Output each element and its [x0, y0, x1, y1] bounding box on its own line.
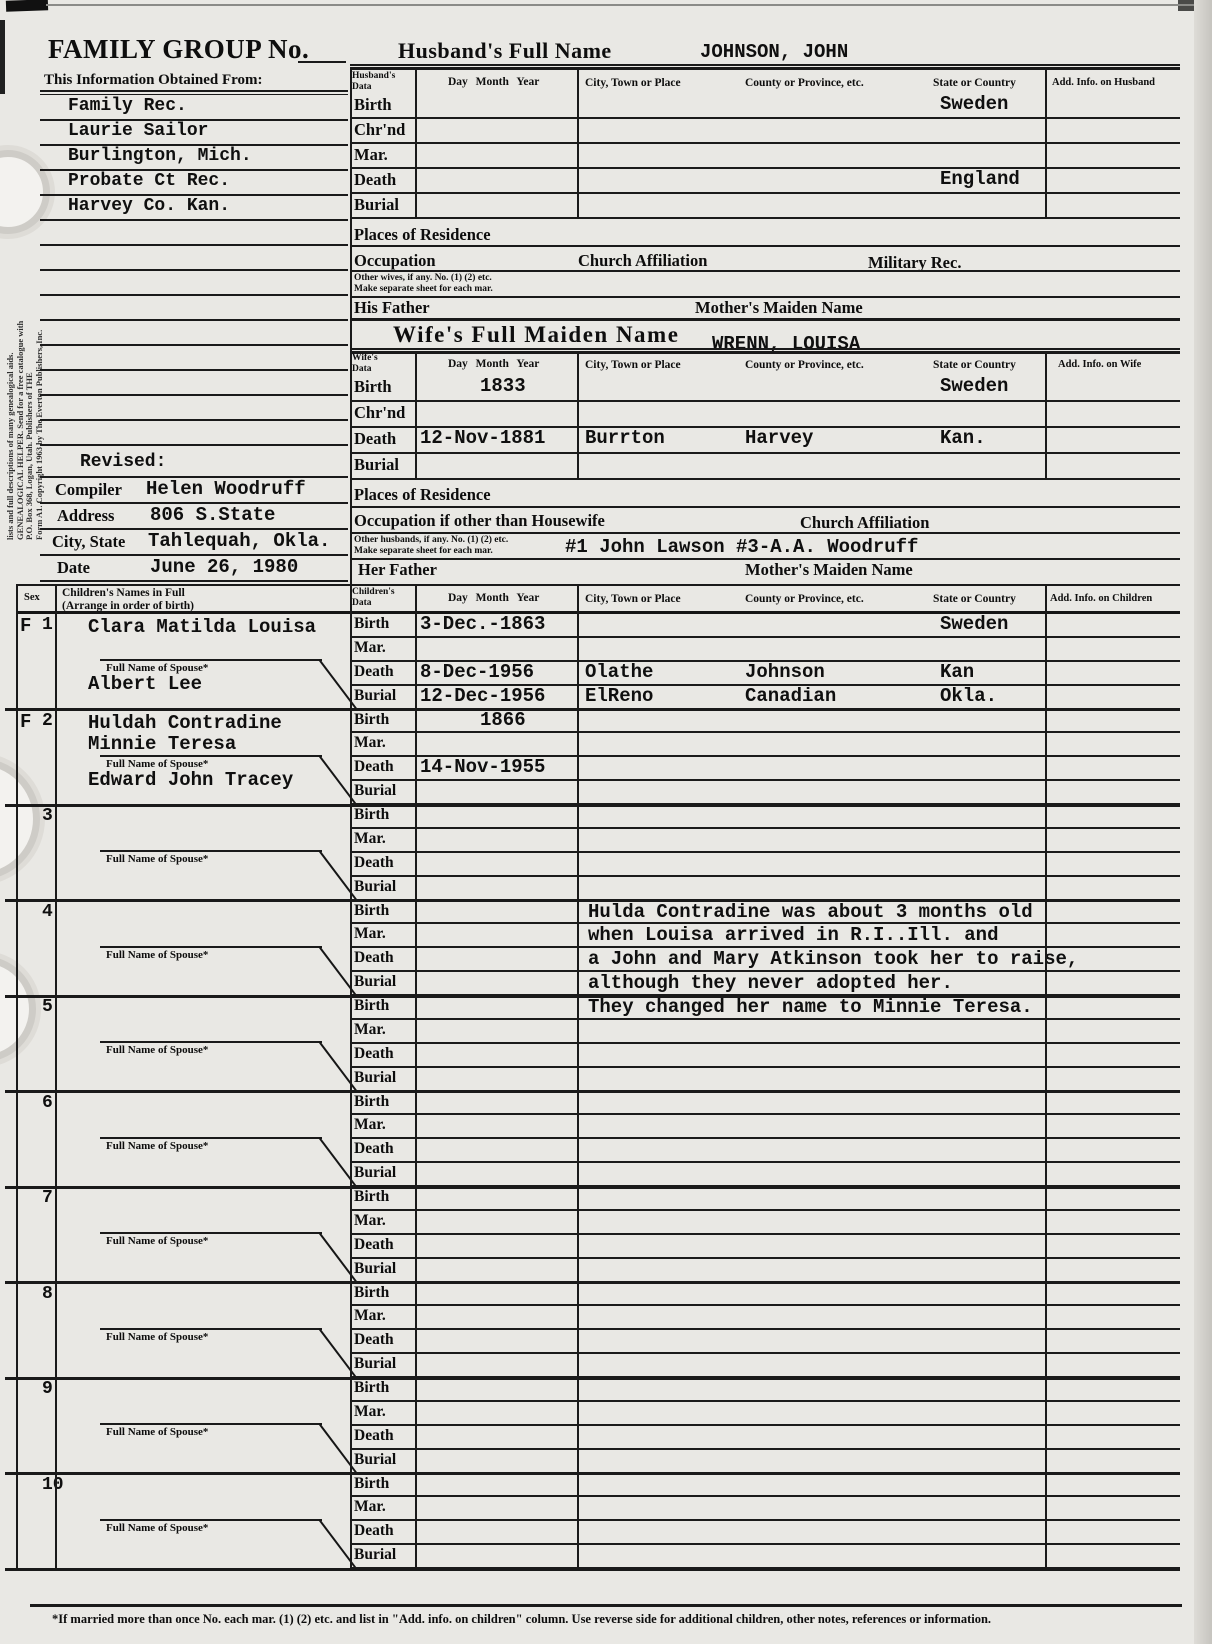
wife-other-husbands-value: #1 John Lawson #3-A.A. Woodruff [565, 537, 918, 557]
date-value: 8-Dec-1956 [420, 662, 534, 682]
wife-other-husbands-note: Other husbands, if any. No. (1) (2) etc.… [354, 535, 508, 556]
form-footnote: *If married more than once No. each mar.… [52, 1612, 991, 1627]
row-label: Mar. [354, 925, 386, 943]
child-number: 2 [42, 711, 53, 731]
children-col-addinfo: Add. Info. on Children [1050, 593, 1152, 604]
data-row: Mar. [350, 1497, 1180, 1521]
row-label: Mar. [354, 1307, 386, 1325]
husband-table-top [350, 64, 1180, 66]
sources-underline [40, 94, 348, 95]
column-line [350, 67, 352, 1569]
column-line [1045, 584, 1047, 1569]
source-entry: Harvey Co. Kan. [68, 196, 230, 216]
data-row: BirthThey changed her name to Minnie Ter… [350, 996, 1180, 1020]
city-state-label: City, State [52, 532, 125, 552]
spouse-label: Full Name of Spouse* [106, 853, 208, 865]
row-label: Burial [354, 1451, 396, 1469]
title-blank-line [298, 61, 346, 63]
column-line [415, 351, 417, 480]
data-row: Death [350, 1139, 1180, 1163]
child-number: 1 [42, 615, 53, 635]
data-row: Birth [350, 1474, 1180, 1498]
row-label: Mar. [354, 1021, 386, 1039]
column-line [415, 67, 417, 219]
left-ruled-line [40, 319, 348, 321]
county-value: Johnson [745, 662, 825, 682]
data-row: Mar.when Louisa arrived in R.I..Ill. and [350, 924, 1180, 948]
data-row: Death14-Nov-1955 [350, 757, 1180, 781]
county-value: Harvey [745, 428, 813, 448]
children-col-state: State or Country [933, 593, 1016, 605]
spouse-divider-line [100, 850, 322, 852]
wife-col-addinfo: Add. Info. on Wife [1058, 359, 1141, 370]
husband-other-wives-note: Other wives, if any. No. (1) (2) etc. Ma… [354, 273, 493, 294]
wife-table-top [350, 348, 1180, 350]
row-label: Birth [354, 377, 392, 397]
spouse-label: Full Name of Spouse* [106, 1044, 208, 1056]
husband-col-addinfo: Add. Info. on Husband [1052, 77, 1155, 88]
data-row: Burial12-Dec-1956ElRenoCanadianOkla. [350, 686, 1180, 710]
row-label: Death [354, 854, 394, 872]
hole-punch-top [0, 150, 50, 234]
row-label: Birth [354, 615, 389, 633]
children-table-bottom [5, 1568, 1180, 1571]
row-label: Chr'nd [354, 403, 405, 423]
child-number: 9 [42, 1379, 53, 1399]
wife-table-top [350, 351, 1180, 354]
row-label: Mar. [354, 734, 386, 752]
row-label: Birth [354, 1475, 389, 1493]
state-value: Sweden [940, 376, 1008, 396]
city-value: ElReno [585, 686, 653, 706]
compiler-value: Helen Woodruff [146, 479, 306, 499]
source-entry: Laurie Sailor [68, 121, 208, 141]
wife-data-column-label: Wife's Data [352, 353, 398, 374]
state-value: Sweden [940, 614, 1008, 634]
spouse-divider-line [100, 1328, 322, 1330]
county-value: Canadian [745, 686, 836, 706]
data-row: Mar. [350, 1020, 1180, 1044]
child-name-line2: Minnie Teresa [88, 734, 236, 754]
column-line [55, 584, 57, 1569]
column-line [1045, 67, 1047, 219]
spouse-divider-line [100, 659, 322, 661]
family-group-sheet: lists and full descriptions of many gene… [0, 0, 1212, 1644]
hole-punch-lower [0, 956, 36, 1062]
row-label: Burial [354, 973, 396, 991]
wife-church-label: Church Affiliation [800, 513, 929, 533]
row-label: Death [354, 1522, 394, 1540]
wife-places-label: Places of Residence [354, 485, 491, 505]
source-entry: Burlington, Mich. [68, 146, 252, 166]
address-label: Address [57, 506, 114, 526]
row-label: Birth [354, 1093, 389, 1111]
city-value: Burrton [585, 428, 665, 448]
data-row: Death8-Dec-1956OlatheJohnsonKan [350, 662, 1180, 686]
husband-section-bottom [350, 318, 1180, 321]
left-ruled-line [40, 444, 348, 446]
data-row: Mar. [350, 733, 1180, 757]
husband-father-label: His Father [354, 298, 430, 318]
row-label: Death [354, 1331, 394, 1349]
left-ruled-line [40, 502, 348, 504]
data-row: Birth [350, 1378, 1180, 1402]
spouse-label: Full Name of Spouse* [106, 949, 208, 961]
data-row: Burial [350, 194, 1180, 219]
wife-col-date: Day Month Year [448, 358, 539, 370]
scan-hairline-top [46, 4, 1194, 6]
left-ruled-line [40, 269, 348, 271]
date-value: 1833 [480, 376, 526, 396]
row-label: Death [354, 949, 394, 967]
row-label: Mar. [354, 1498, 386, 1516]
row-label: Burial [354, 1546, 396, 1564]
wife-places-line [350, 506, 1180, 508]
husband-mother-label: Mother's Maiden Name [695, 298, 863, 318]
row-label: Burial [354, 878, 396, 896]
data-row: Burial [350, 877, 1180, 901]
husband-church-label: Church Affiliation [578, 251, 707, 271]
date-value: 1866 [480, 710, 526, 730]
data-row: Mar. [350, 1402, 1180, 1426]
row-label: Mar. [354, 145, 388, 165]
row-label: Death [354, 1140, 394, 1158]
column-line [415, 584, 417, 1569]
children-col-county: County or Province, etc. [745, 593, 864, 605]
row-label: Death [354, 758, 394, 776]
data-row: Birth3-Dec.-1863Sweden [350, 614, 1180, 638]
state-value: Kan [940, 662, 974, 682]
row-label: Burial [354, 1260, 396, 1278]
date-value: 14-Nov-1955 [420, 757, 545, 777]
data-row: Mar. [350, 1306, 1180, 1330]
compiler-label: Compiler [55, 480, 122, 500]
child-sex: F [20, 616, 31, 636]
column-line [577, 67, 579, 219]
spouse-divider-line [100, 1041, 322, 1043]
wife-occupation-label: Occupation if other than Housewife [354, 511, 605, 531]
children-names-sublabel: (Arrange in order of birth) [62, 600, 194, 612]
child-name: Huldah Contradine [88, 713, 282, 733]
husband-occupation-line [350, 270, 1180, 272]
city-state-value: Tahlequah, Okla. [148, 531, 330, 551]
address-value: 806 S.State [150, 505, 275, 525]
note-line: They changed her name to Minnie Teresa. [588, 997, 1033, 1017]
data-row: Death12-Nov-1881BurrtonHarveyKan. [350, 428, 1180, 454]
date-value: 12-Dec-1956 [420, 686, 545, 706]
row-label: Death [354, 1045, 394, 1063]
data-row: Chr'nd [350, 119, 1180, 144]
left-ruled-line [40, 554, 348, 556]
data-row: Birth1833Sweden [350, 376, 1180, 402]
data-row: Death [350, 1235, 1180, 1259]
note-line: a John and Mary Atkinson took her to rai… [588, 949, 1078, 969]
row-label: Birth [354, 997, 389, 1015]
row-label: Burial [354, 1355, 396, 1373]
sources-label: This Information Obtained From: [44, 72, 263, 89]
row-label: Birth [354, 95, 392, 115]
left-ruled-line [40, 394, 348, 396]
data-row: Death [350, 1521, 1180, 1545]
data-row: Deatha John and Mary Atkinson took her t… [350, 948, 1180, 972]
date-value: June 26, 1980 [150, 557, 298, 577]
row-label: Birth [354, 1379, 389, 1397]
left-ruled-line [40, 419, 348, 421]
child-number: 5 [42, 997, 53, 1017]
child-number: 8 [42, 1284, 53, 1304]
children-names-label: Children's Names in Full [62, 587, 185, 599]
data-row: Mar. [350, 1115, 1180, 1139]
wife-mother-label: Mother's Maiden Name [745, 560, 913, 580]
scan-mark-top-left [6, 0, 48, 12]
husband-col-state: State or Country [933, 77, 1016, 89]
spouse-name: Albert Lee [88, 674, 202, 694]
child-sex: F [20, 712, 31, 732]
date-label: Date [57, 558, 90, 578]
data-row: Death [350, 1330, 1180, 1354]
hole-punch-middle [0, 758, 40, 880]
wife-father-label: Her Father [358, 560, 437, 580]
data-row: Burial [350, 1450, 1180, 1474]
data-row: Birth [350, 805, 1180, 829]
data-row: Chr'nd [350, 402, 1180, 428]
left-ruled-line [40, 369, 348, 371]
data-row: Burial [350, 1163, 1180, 1187]
column-line [577, 584, 579, 1569]
child-number: 7 [42, 1188, 53, 1208]
spouse-label: Full Name of Spouse* [106, 758, 208, 770]
husband-col-city: City, Town or Place [585, 77, 681, 89]
data-row: Burial [350, 1259, 1180, 1283]
column-line [577, 351, 579, 480]
husband-name-value: JOHNSON, JOHN [700, 42, 848, 62]
husband-col-county: County or Province, etc. [745, 77, 864, 89]
husband-places-line [350, 245, 1180, 247]
data-row: Mar. [350, 829, 1180, 853]
spouse-divider-line [100, 1423, 322, 1425]
wife-otherhusbands-line [350, 558, 1180, 560]
children-col-city: City, Town or Place [585, 593, 681, 605]
row-label: Burial [354, 782, 396, 800]
data-row: Death [350, 1044, 1180, 1068]
children-col-date: Day Month Year [448, 592, 539, 604]
city-value: Olathe [585, 662, 653, 682]
row-label: Mar. [354, 1212, 386, 1230]
husband-col-date: Day Month Year [448, 76, 539, 88]
data-row: Burial [350, 1545, 1180, 1569]
row-label: Mar. [354, 639, 386, 657]
spouse-divider-line [100, 1137, 322, 1139]
left-ruled-line [40, 580, 348, 582]
husband-occupation-label: Occupation [354, 251, 436, 271]
spouse-label: Full Name of Spouse* [106, 1331, 208, 1343]
row-label: Death [354, 1427, 394, 1445]
left-ruled-line [40, 528, 348, 530]
state-value: England [940, 169, 1020, 189]
data-row: Burial [350, 1354, 1180, 1378]
wife-col-state: State or Country [933, 359, 1016, 371]
data-row: Mar. [350, 638, 1180, 662]
spouse-divider-line [100, 755, 322, 757]
data-row: BirthSweden [350, 94, 1180, 119]
data-row: Birth [350, 1092, 1180, 1116]
husband-places-label: Places of Residence [354, 225, 491, 245]
source-entry: Family Rec. [68, 96, 187, 116]
row-label: Birth [354, 806, 389, 824]
source-entry: Probate Ct Rec. [68, 171, 230, 191]
data-row: Birth [350, 1187, 1180, 1211]
spouse-divider-line [100, 1232, 322, 1234]
form-title: FAMILY GROUP No. [48, 34, 309, 65]
data-row: Death [350, 1426, 1180, 1450]
state-value: Sweden [940, 94, 1008, 114]
wife-col-city: City, Town or Place [585, 359, 681, 371]
left-ruled-line [40, 294, 348, 296]
row-label: Birth [354, 1284, 389, 1302]
left-ruled-line [40, 244, 348, 246]
data-row: Mar. [350, 1211, 1180, 1235]
data-row: Death [350, 853, 1180, 877]
column-line [16, 584, 18, 1569]
data-row: Mar. [350, 144, 1180, 169]
form-edge-imprint-line: Form A1. Copyright 1963 by The Everton P… [35, 268, 45, 540]
row-label: Burial [354, 455, 399, 475]
spouse-label: Full Name of Spouse* [106, 1140, 208, 1152]
children-sex-label: Sex [24, 592, 40, 603]
data-row: Burial [350, 781, 1180, 805]
spouse-divider-line [100, 1519, 322, 1521]
data-row: BirthHulda Contradine was about 3 months… [350, 901, 1180, 925]
note-line: although they never adopted her. [588, 973, 953, 993]
row-label: Burial [354, 1164, 396, 1182]
child-number: 6 [42, 1093, 53, 1113]
state-value: Kan. [940, 428, 986, 448]
scan-mark-left-edge [0, 20, 5, 94]
note-line: when Louisa arrived in R.I..Ill. and [588, 925, 998, 945]
left-ruled-line [40, 344, 348, 346]
column-line [1045, 351, 1047, 480]
row-label: Birth [354, 1188, 389, 1206]
row-label: Burial [354, 195, 399, 215]
revised-label: Revised: [80, 452, 166, 472]
data-row: Birth1866 [350, 710, 1180, 734]
husband-name-label: Husband's Full Name [398, 38, 612, 64]
row-label: Death [354, 170, 396, 190]
data-row: Burial [350, 454, 1180, 480]
row-label: Birth [354, 902, 389, 920]
date-value: 3-Dec.-1863 [420, 614, 545, 634]
spouse-label: Full Name of Spouse* [106, 1235, 208, 1247]
row-label: Burial [354, 1069, 396, 1087]
footer-rule [30, 1604, 1182, 1607]
wife-name-label: Wife's Full Maiden Name [393, 322, 679, 348]
date-value: 12-Nov-1881 [420, 428, 545, 448]
row-label: Death [354, 429, 396, 449]
row-label: Mar. [354, 1403, 386, 1421]
children-data-column-label: Children's Data [352, 587, 408, 608]
row-label: Mar. [354, 830, 386, 848]
spouse-label: Full Name of Spouse* [106, 1426, 208, 1438]
spouse-name: Edward John Tracey [88, 770, 293, 790]
form-edge-imprint: lists and full descriptions of many gene… [6, 268, 44, 540]
row-label: Death [354, 1236, 394, 1254]
child-name: Clara Matilda Louisa [88, 617, 316, 637]
husband-otherwives-line [350, 296, 1180, 298]
husband-table-top [350, 67, 1180, 70]
left-ruled-line [40, 219, 348, 221]
row-label: Birth [354, 711, 389, 729]
row-label: Mar. [354, 1116, 386, 1134]
spouse-label: Full Name of Spouse* [106, 1522, 208, 1534]
scan-edge-right-strip [1194, 0, 1212, 1644]
data-row: Birth [350, 1283, 1180, 1307]
wife-col-county: County or Province, etc. [745, 359, 864, 371]
note-line: Hulda Contradine was about 3 months old [588, 902, 1033, 922]
spouse-divider-line [100, 946, 322, 948]
sources-underline [40, 90, 348, 92]
wife-occupation-line [350, 532, 1180, 534]
row-label: Chr'nd [354, 120, 405, 140]
row-label: Death [354, 663, 394, 681]
child-number: 10 [42, 1475, 64, 1495]
state-value: Okla. [940, 686, 997, 706]
child-number: 3 [42, 806, 53, 826]
left-ruled-line [40, 476, 348, 478]
husband-data-column-label: Husband's Data [352, 71, 408, 92]
data-row: DeathEngland [350, 169, 1180, 194]
row-label: Burial [354, 687, 396, 705]
data-row: Burial [350, 1068, 1180, 1092]
data-row: Burialalthough they never adopted her. [350, 972, 1180, 996]
child-number: 4 [42, 902, 53, 922]
